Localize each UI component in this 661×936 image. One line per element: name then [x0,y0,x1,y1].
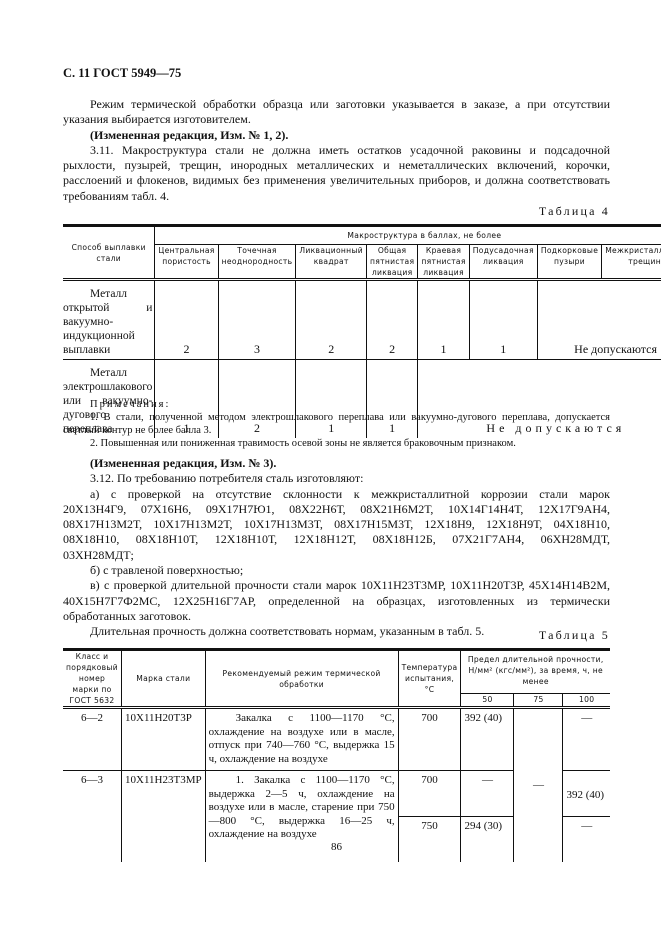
table5-col-temp: Температура испытания, °С [398,650,461,708]
table4-col: Межкристаллитные трещины [602,245,661,280]
table5-col-100: 100 [563,694,610,708]
table5-col-grade: Марка стали [122,650,206,708]
table4-col: Подкорковые пузыри [537,245,601,280]
table5-col-limit: Предел длительной прочности, Н/мм² (кгс/… [461,650,610,694]
table5-col-mode: Рекомендуемый режим термической обработк… [205,650,398,708]
table4-col: Подусадочная ликвация [469,245,537,280]
note-item: 1. В стали, полученной методом электрошл… [63,411,610,437]
table4-col: Точечная неоднородность [218,245,296,280]
item-b: б) с травленой поверхностью; [63,563,610,578]
notes-title: Примечания: [63,398,610,411]
table4-col: Ликвационный квадрат [296,245,367,280]
edit-note-3: (Измененная редакция, Изм. № 3). [63,456,610,471]
page-header: С. 11 ГОСТ 5949—75 [63,66,181,81]
table5-caption: Таблица 5 [63,628,610,643]
table5-col-50: 50 [461,694,514,708]
table4-col: Центральная пористость [155,245,218,280]
table4-col: Краевая пятнистая ликвация [418,245,469,280]
note-item: 2. Повышенная или пониженная травимость … [63,437,610,450]
table-5: Класс и порядковый номер марки по ГОСТ 5… [63,648,610,862]
item-a: а) с проверкой на отсутствие склонности … [63,487,610,563]
paragraph-heat-treatment: Режим термической обработки образца или … [63,97,610,128]
page-number: 86 [63,841,610,853]
table5-col-class: Класс и порядковый номер марки по ГОСТ 5… [63,650,122,708]
table4-col-method: Способ выплавки стали [63,226,155,280]
table4-group-header: Макроструктура в баллах, не более [155,226,661,245]
item-v: в) с проверкой длительной прочности стал… [63,578,610,624]
table-row: 6—2 10Х11Н20Т3Р Закалка с 1100—1170 °С, … [63,708,610,771]
table-row: Металл открытой и вакуумно-индукционной … [63,280,661,360]
table5-col-75: 75 [514,694,563,708]
edit-note-1: (Измененная редакция, Изм. № 1, 2). [63,128,610,143]
table4-col: Общая пятнистая ликвация [366,245,417,280]
table4-caption: Таблица 4 [63,204,610,219]
paragraph-3-11: 3.11. Макроструктура стали не должна име… [63,143,610,204]
paragraph-3-12: 3.12. По требованию потребителя сталь из… [63,471,610,486]
